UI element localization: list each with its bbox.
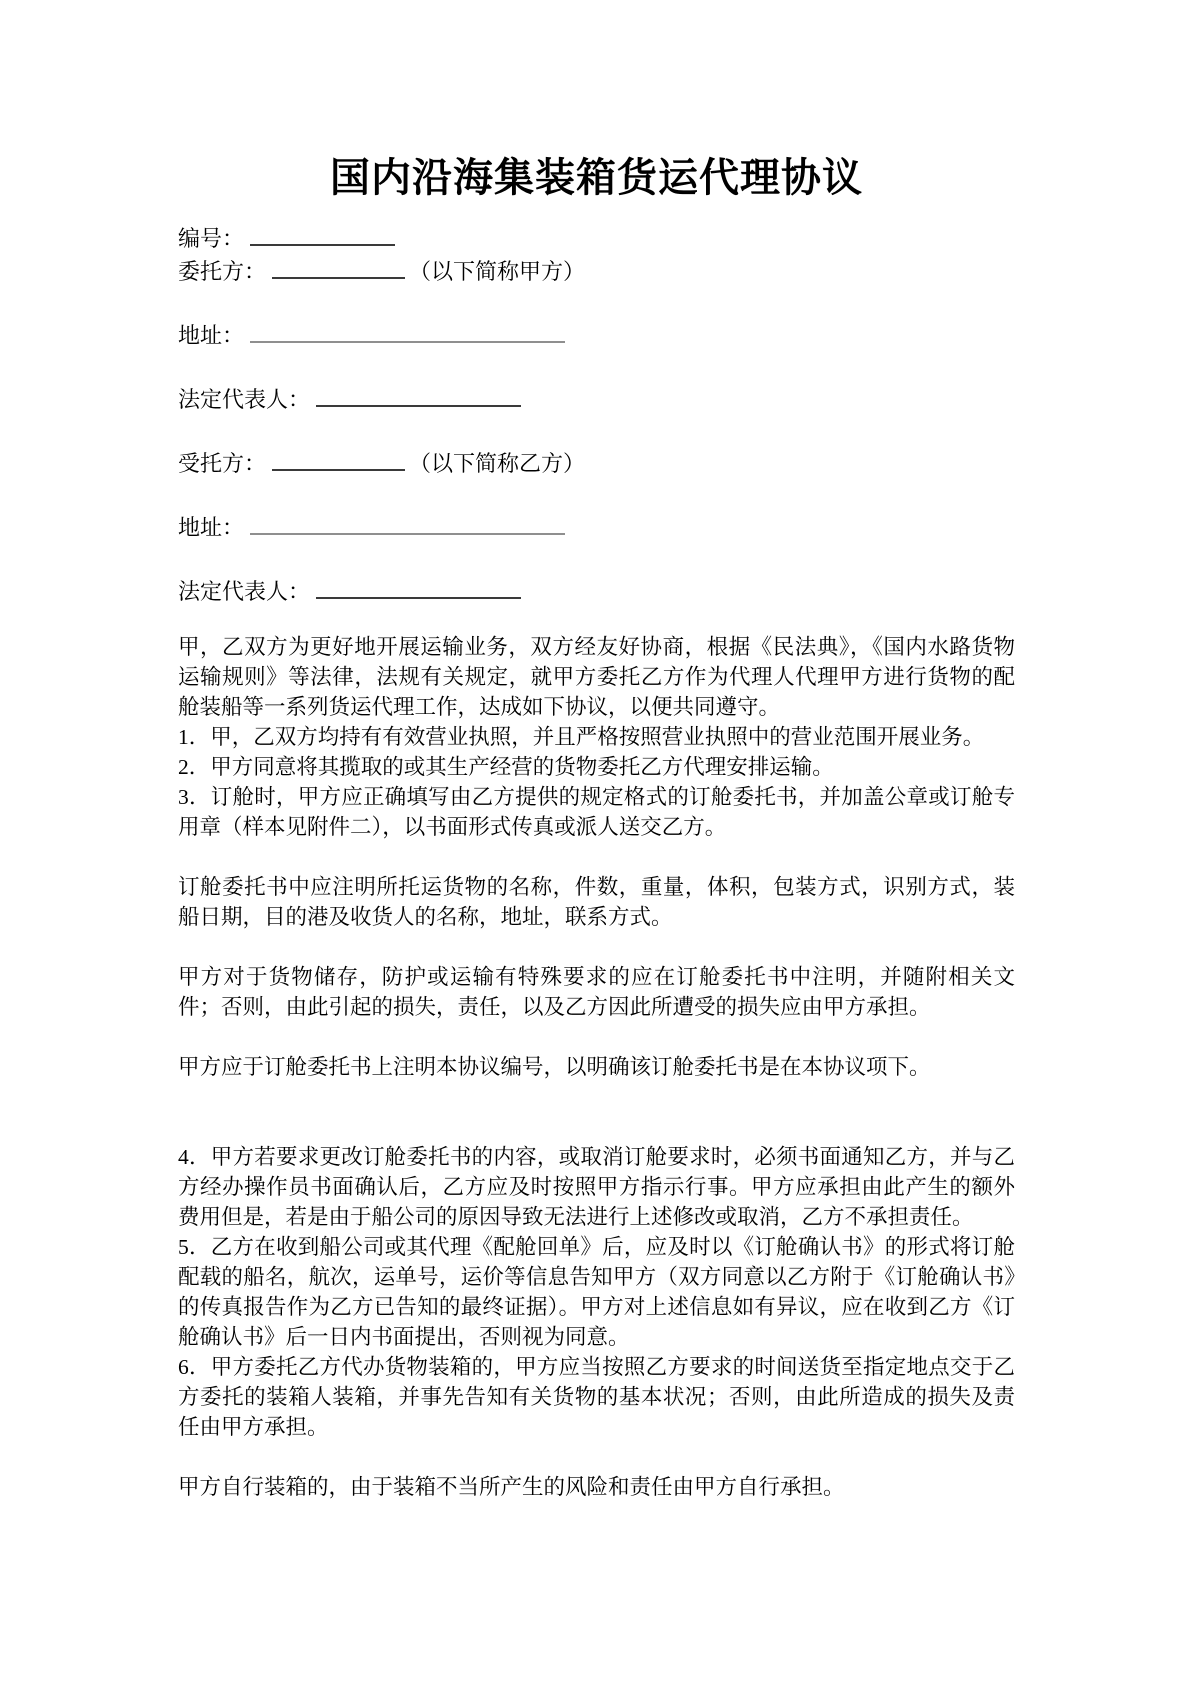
agent-suffix: （以下简称乙方） [409, 451, 585, 476]
legal-rep-2-label: 法定代表人： [178, 579, 310, 604]
field-address-2: 地址： [178, 511, 1015, 544]
booking-note-number: 甲方应于订舱委托书上注明本协议编号，以明确该订舱委托书是在本协议项下。 [178, 1052, 1015, 1082]
address-2-label: 地址： [178, 515, 244, 540]
intro-paragraph: 甲，乙双方为更好地开展运输业务，双方经友好协商，根据《民法典》，《国内水路货物运… [178, 632, 1015, 722]
booking-note-contents: 订舱委托书中应注明所托运货物的名称，件数，重量，体积，包装方式，识别方式，装船日… [178, 872, 1015, 932]
contract-number-blank-line [250, 222, 395, 246]
field-legal-rep-1: 法定代表人： [178, 383, 1015, 416]
header-fields: 编号： 委托方：（以下简称甲方） 地址： 法定代表人： 受托方：（以下简称乙方）… [178, 222, 1015, 608]
document-title: 国内沿海集装箱货运代理协议 [178, 152, 1015, 204]
field-spacer [178, 416, 1015, 447]
agent-blank-line [272, 447, 405, 471]
address-2-blank-line [250, 511, 565, 535]
legal-rep-2-blank-line [316, 575, 521, 599]
field-spacer [178, 480, 1015, 511]
self-packing-paragraph: 甲方自行装箱的，由于装箱不当所产生的风险和责任由甲方自行承担。 [178, 1472, 1015, 1502]
field-legal-rep-2: 法定代表人： [178, 575, 1015, 608]
agreement-body: 甲，乙双方为更好地开展运输业务，双方经友好协商，根据《民法典》，《国内水路货物运… [178, 632, 1015, 1502]
clause-2: 2．甲方同意将其揽取的或其生产经营的货物委托乙方代理安排运输。 [178, 752, 1015, 782]
clause-1: 1．甲，乙双方均持有有效营业执照，并且严格按照营业执照中的营业范围开展业务。 [178, 722, 1015, 752]
field-address-1: 地址： [178, 319, 1015, 352]
field-agent: 受托方：（以下简称乙方） [178, 447, 1015, 480]
principal-suffix: （以下简称甲方） [409, 259, 585, 284]
clause-6: 6．甲方委托乙方代办货物装箱的，甲方应当按照乙方要求的时间送货至指定地点交于乙方… [178, 1352, 1015, 1442]
document-page: 国内沿海集装箱货运代理协议 编号： 委托方：（以下简称甲方） 地址： 法定代表人… [0, 0, 1190, 1683]
field-contract-number: 编号： [178, 222, 1015, 255]
legal-rep-1-label: 法定代表人： [178, 387, 310, 412]
field-spacer [178, 544, 1015, 575]
principal-blank-line [272, 255, 405, 279]
clause-5: 5．乙方在收到船公司或其代理《配舱回单》后，应及时以《订舱确认书》的形式将订舱配… [178, 1232, 1015, 1352]
clause-4: 4．甲方若要求更改订舱委托书的内容，或取消订舱要求时，必须书面通知乙方，并与乙方… [178, 1142, 1015, 1232]
agent-label: 受托方： [178, 451, 266, 476]
booking-note-special: 甲方对于货物储存，防护或运输有特殊要求的应在订舱委托书中注明，并随附相关文件；否… [178, 962, 1015, 1022]
legal-rep-1-blank-line [316, 383, 521, 407]
field-spacer [178, 288, 1015, 319]
field-principal: 委托方：（以下简称甲方） [178, 255, 1015, 288]
contract-number-label: 编号： [178, 226, 244, 251]
clause-3: 3．订舱时，甲方应正确填写由乙方提供的规定格式的订舱委托书，并加盖公章或订舱专用… [178, 782, 1015, 842]
address-1-label: 地址： [178, 323, 244, 348]
address-1-blank-line [250, 319, 565, 343]
principal-label: 委托方： [178, 259, 266, 284]
field-spacer [178, 352, 1015, 383]
